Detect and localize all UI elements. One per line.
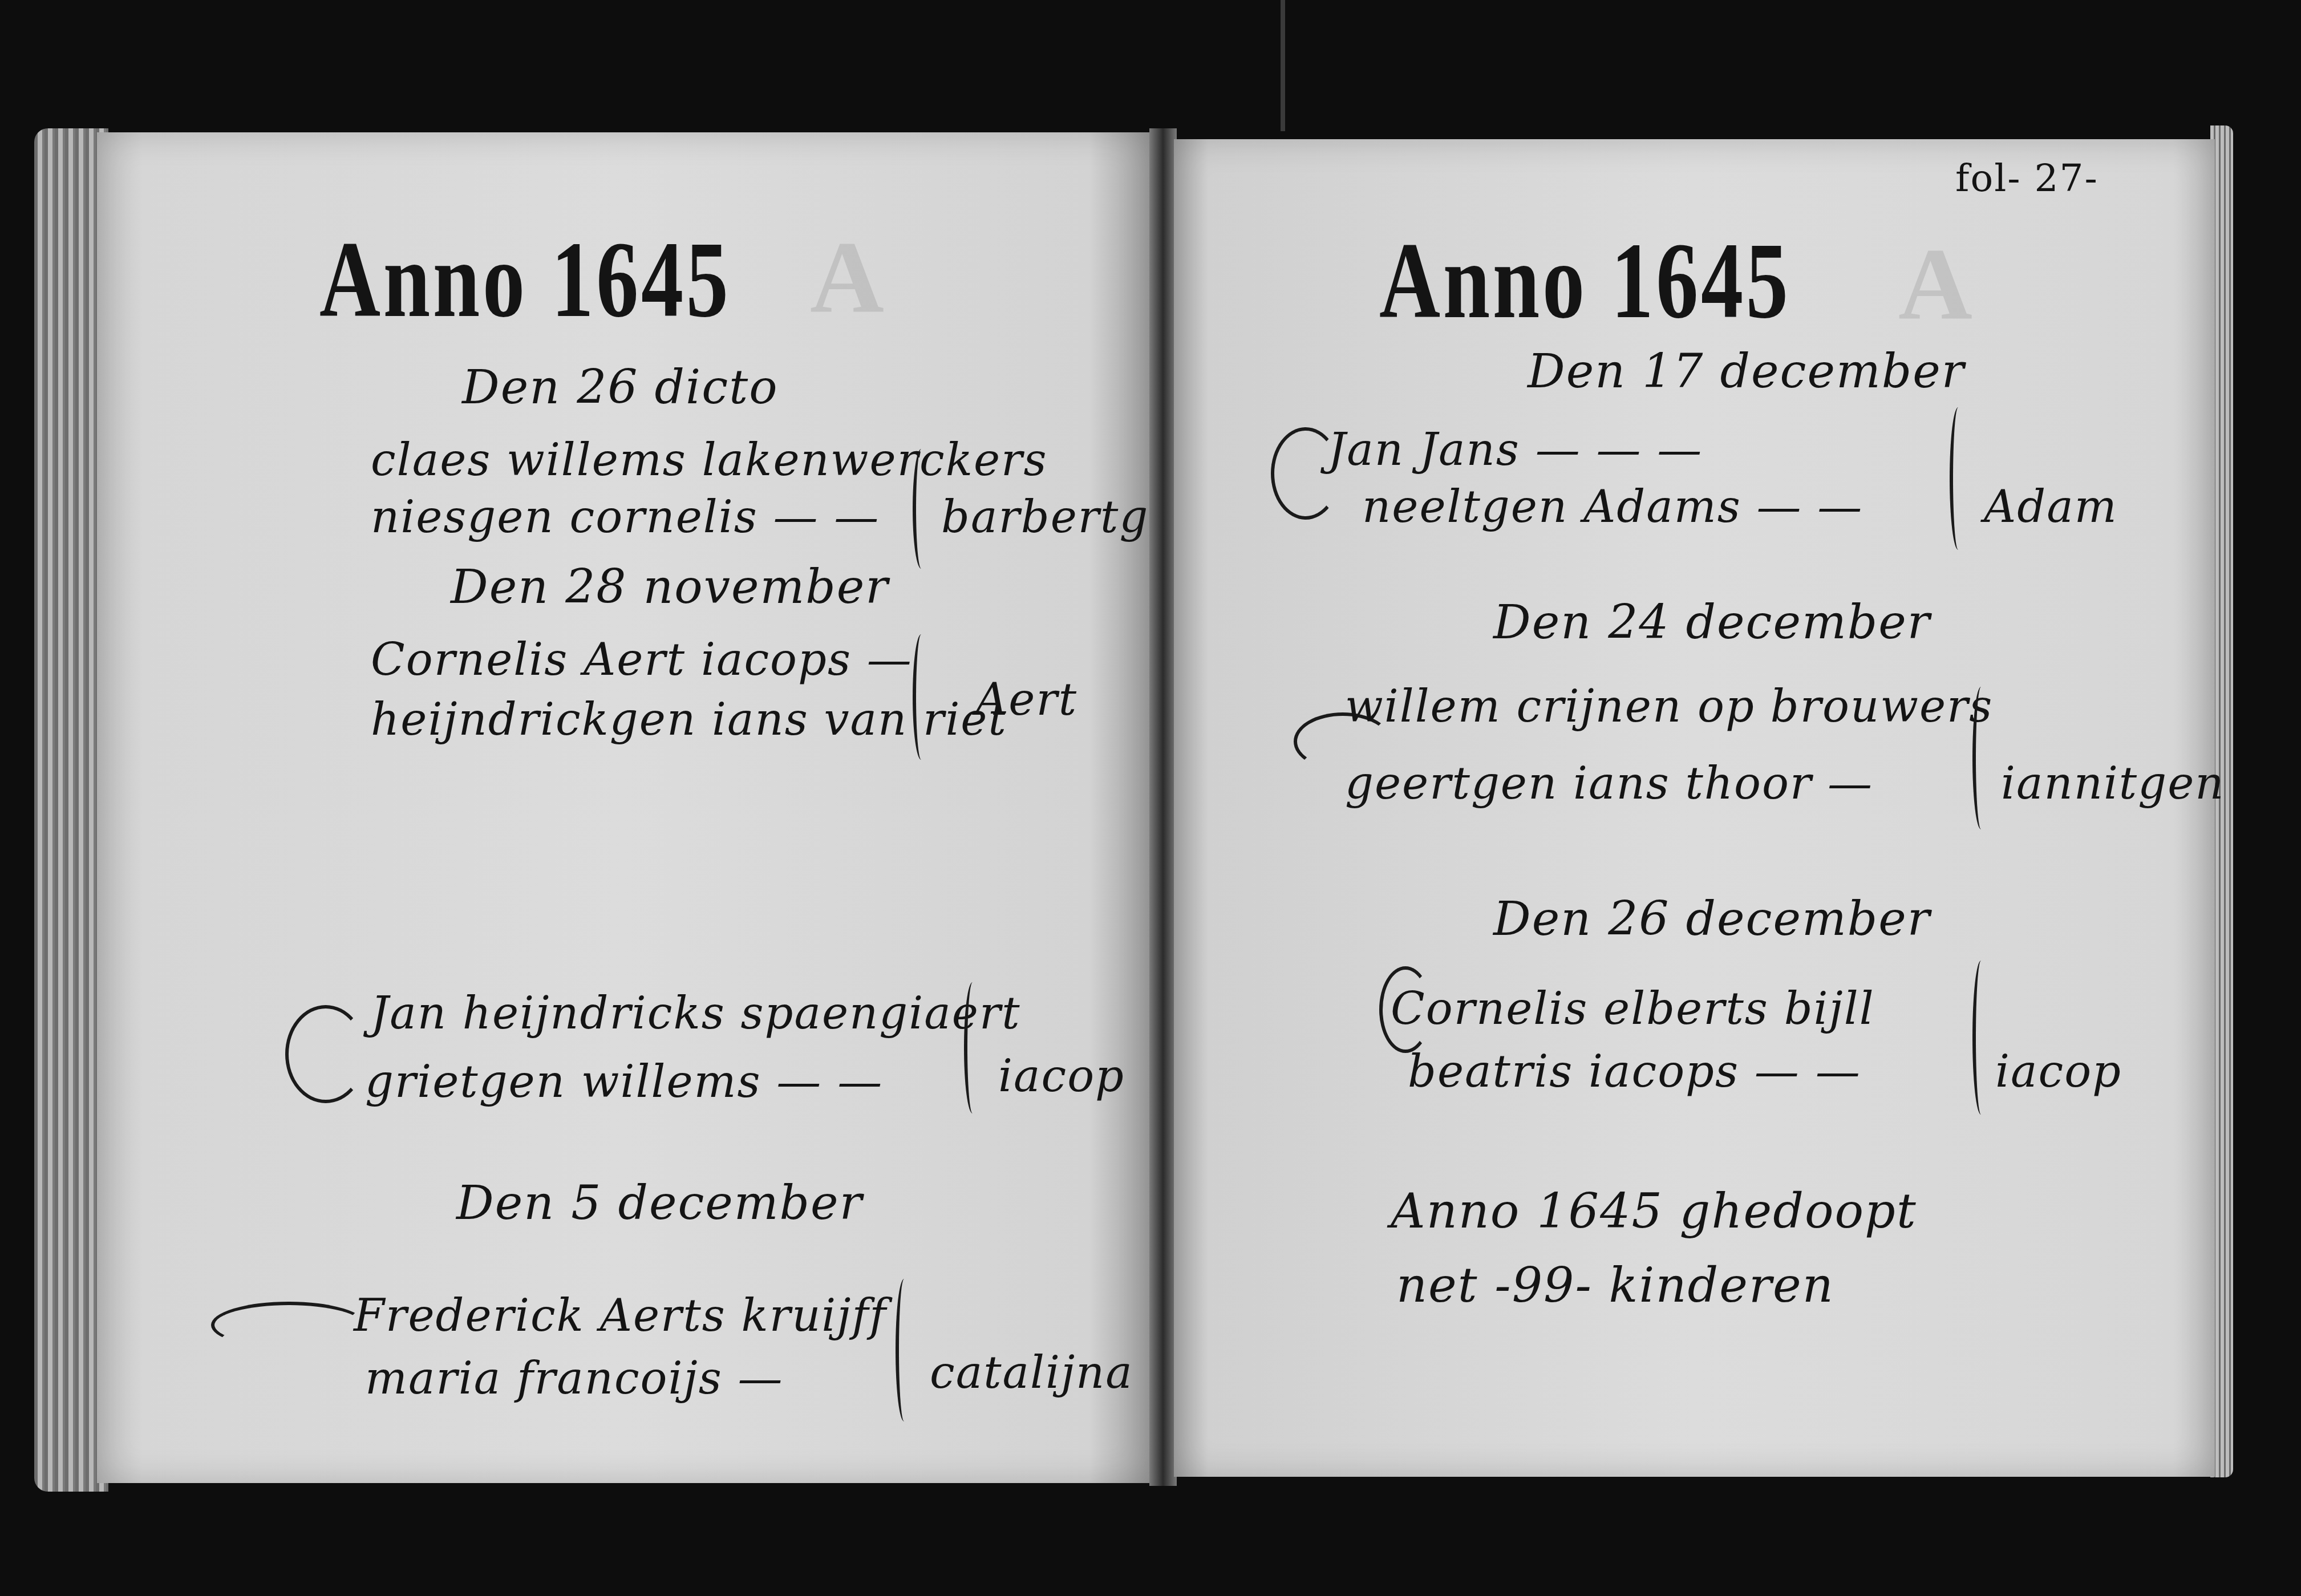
entry-mother: beatris iacops — — <box>1408 1046 1861 1097</box>
entry-mother: niesgen cornelis — — <box>371 492 880 543</box>
brace-icon <box>1972 687 1990 829</box>
brace-icon <box>913 449 930 569</box>
top-spine-marker <box>1281 0 1285 131</box>
baptism-total-line-2: net -99- kinderen <box>1396 1257 1834 1313</box>
entry-date: Den 28 november <box>451 560 889 614</box>
brace-icon <box>896 1279 913 1421</box>
left-page: A Anno 1645 Den 26 dicto claes willems l… <box>97 132 1152 1483</box>
entry-father: Cornelis Aert iacops — <box>371 634 913 686</box>
bleed-through-text: A <box>810 218 884 336</box>
page-heading: Anno 1645 <box>1379 219 1791 343</box>
page-heading: Anno 1645 <box>319 218 731 342</box>
bleed-through-text: A <box>1898 225 1972 343</box>
entry-date: Den 26 dicto <box>462 360 779 415</box>
entry-father: Jan Jans — — — <box>1328 424 1703 476</box>
entry-father: claes willems lakenwerckers <box>371 435 1047 486</box>
brace-icon <box>1972 961 1990 1115</box>
entry-child: Aert <box>975 674 1077 726</box>
entry-date: Den 17 december <box>1528 345 1965 399</box>
entry-child: Adam <box>1984 481 2118 533</box>
brace-icon <box>964 982 981 1113</box>
entry-father: Frederick Aerts kruijff <box>354 1290 887 1342</box>
entry-date: Den 5 december <box>456 1176 863 1230</box>
entry-mother: heijndrickgen ians van riet <box>371 694 1007 746</box>
entry-father: Jan heijndricks spaengiaert <box>371 988 1021 1039</box>
entry-child: catalijna <box>930 1347 1133 1399</box>
entry-mother: neeltgen Adams — — <box>1362 481 1863 533</box>
entry-mother: grietgen willems — — <box>365 1056 883 1108</box>
right-page: fol- 27- A Anno 1645 Den 17 december Jan… <box>1174 139 2215 1477</box>
entry-child: iacop <box>998 1051 1125 1102</box>
entry-father: willem crijnen op brouwers <box>1345 681 1993 732</box>
brace-icon <box>1950 407 1967 550</box>
entry-date: Den 26 december <box>1493 892 1931 946</box>
entry-child: iacop <box>1995 1046 2122 1097</box>
brace-icon <box>913 634 930 760</box>
capital-flourish-icon <box>211 1302 366 1348</box>
baptism-total-line-1: Anno 1645 ghedoopt <box>1391 1183 1917 1239</box>
book-gutter <box>1149 128 1177 1486</box>
capital-flourish-icon <box>285 1005 366 1103</box>
folio-number: fol- 27- <box>1955 156 2099 200</box>
entry-mother: geertgen ians thoor — <box>1345 758 1873 809</box>
entry-date: Den 24 december <box>1493 596 1931 650</box>
entry-father: Cornelis elberts bijll <box>1391 983 1875 1035</box>
entry-child: iannitgen <box>2001 758 2225 809</box>
entry-mother: maria francoijs — <box>365 1353 784 1404</box>
